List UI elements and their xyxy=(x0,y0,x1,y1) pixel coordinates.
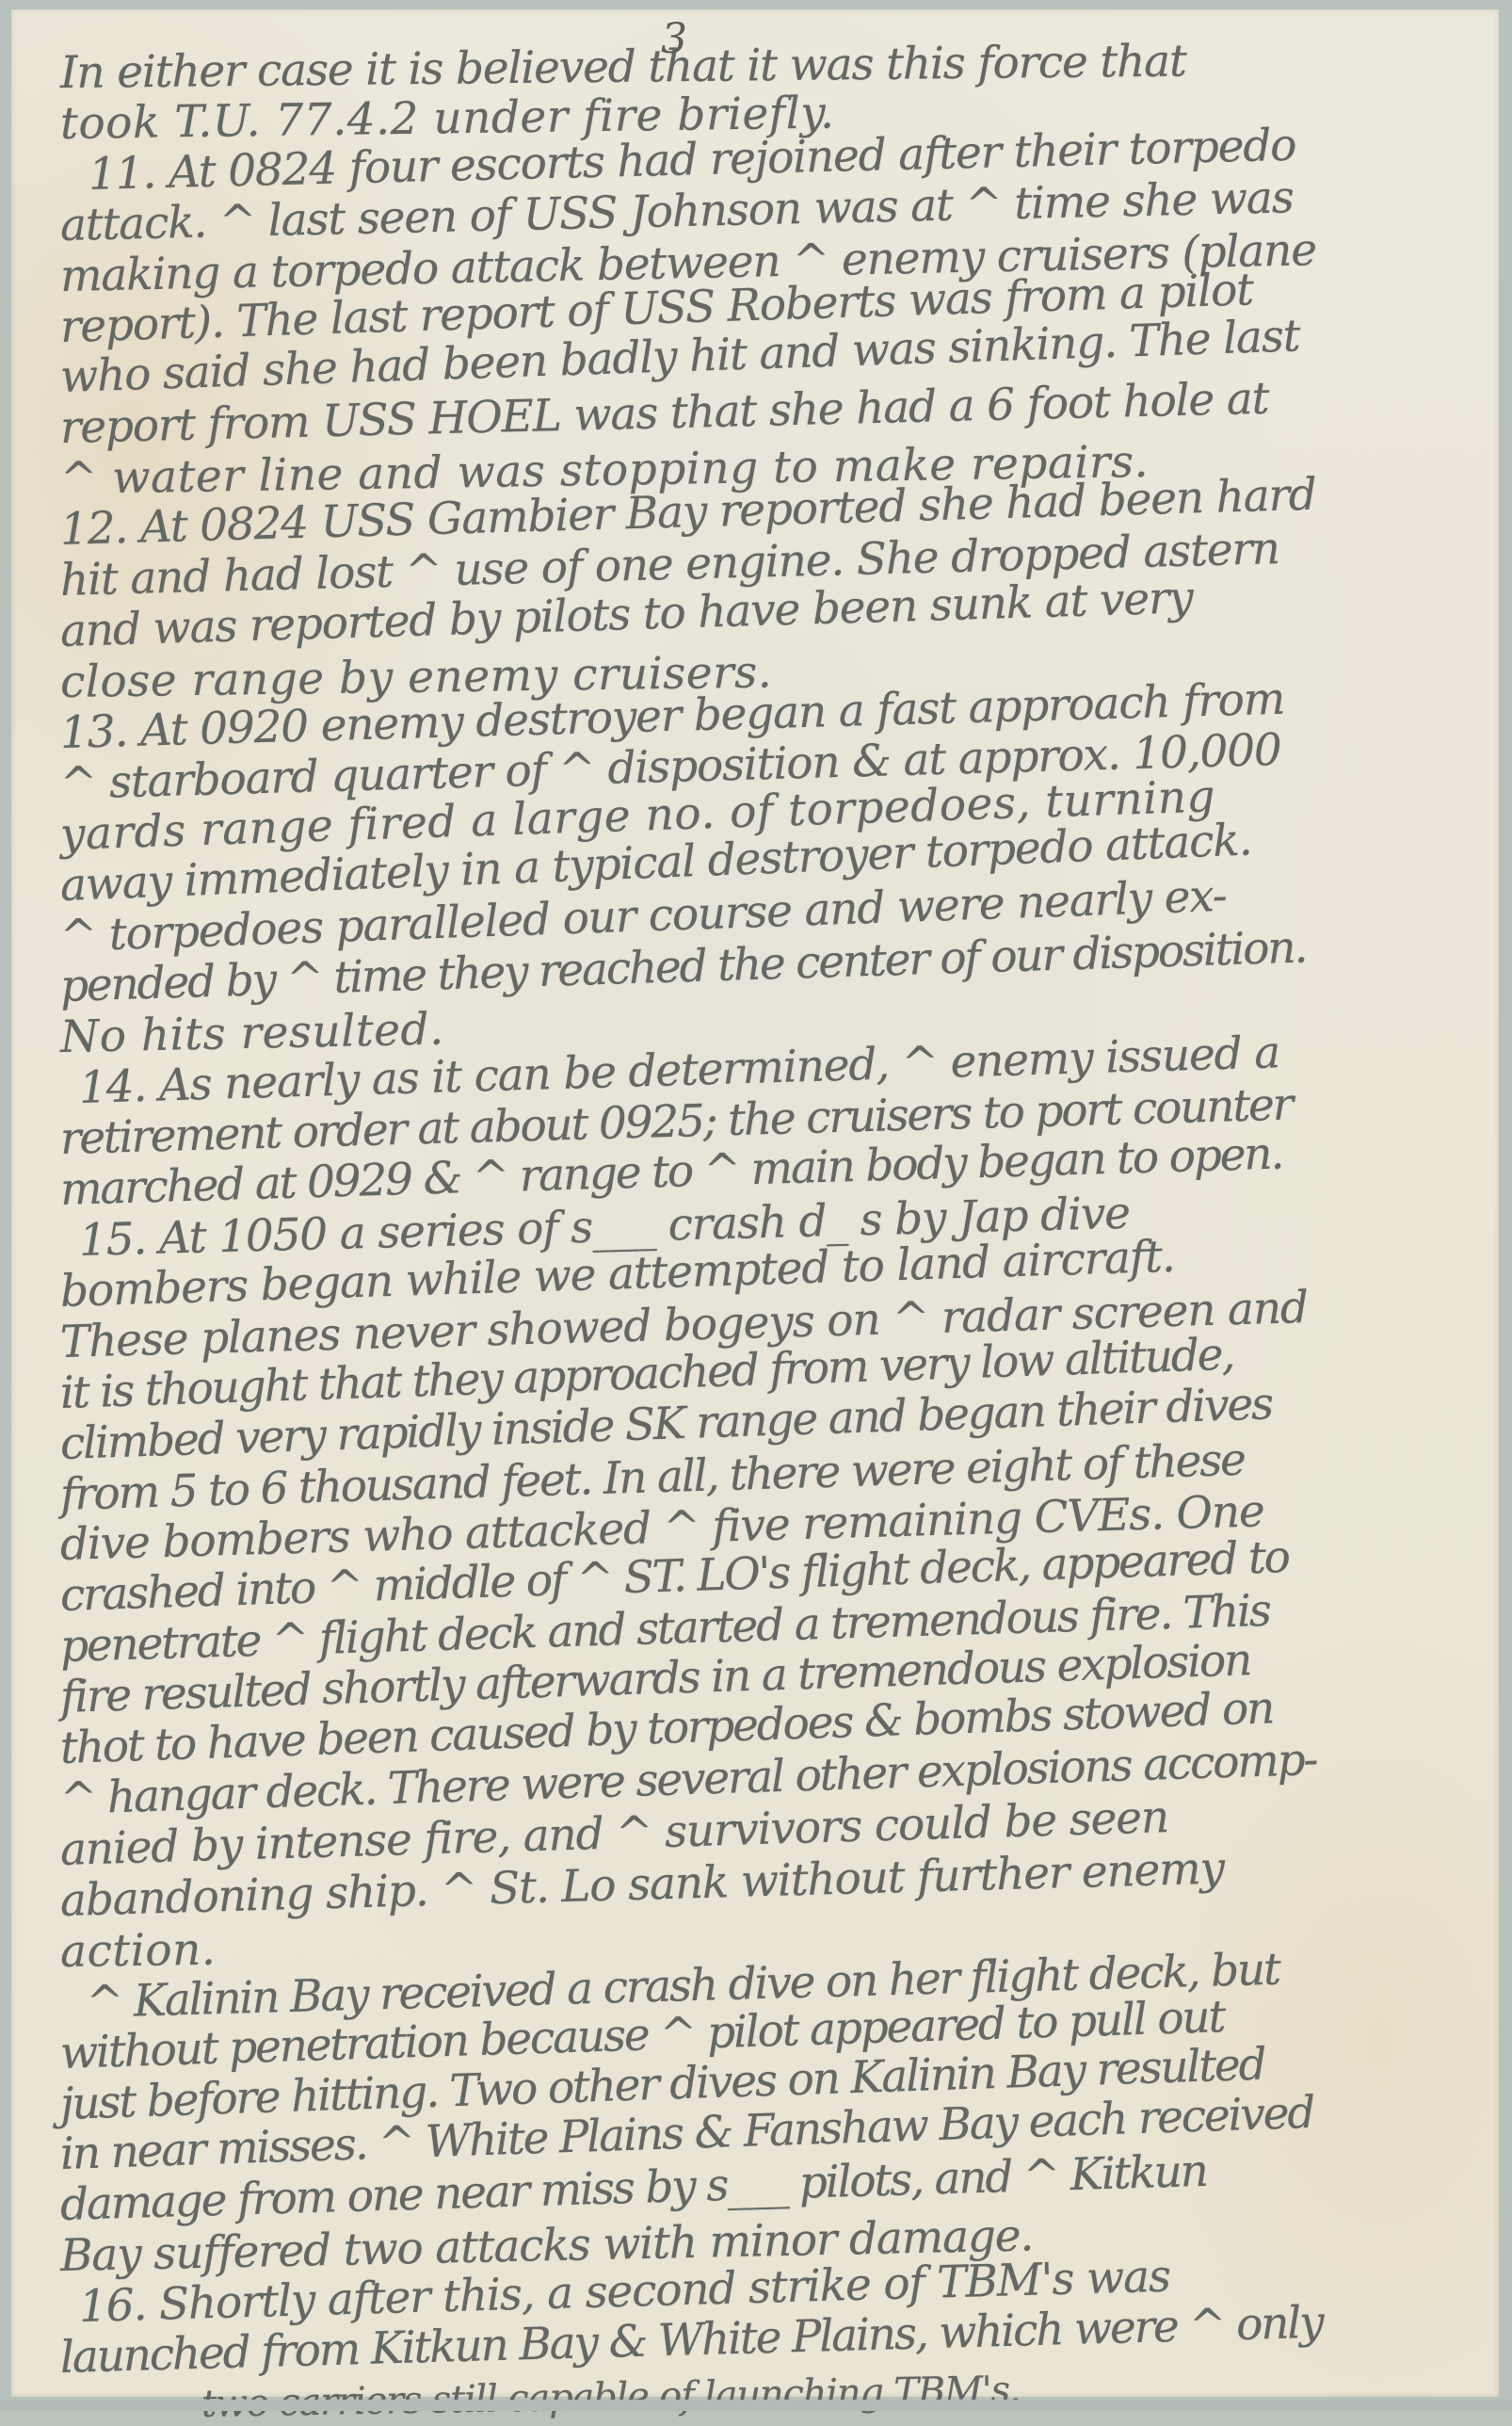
handwritten-page: 3 In either case it is believed that it … xyxy=(11,9,1499,2397)
page-bottom-edge xyxy=(0,2400,1512,2411)
page-frame: 3 In either case it is believed that it … xyxy=(0,0,1512,2411)
text-line: action. xyxy=(60,1923,217,1977)
